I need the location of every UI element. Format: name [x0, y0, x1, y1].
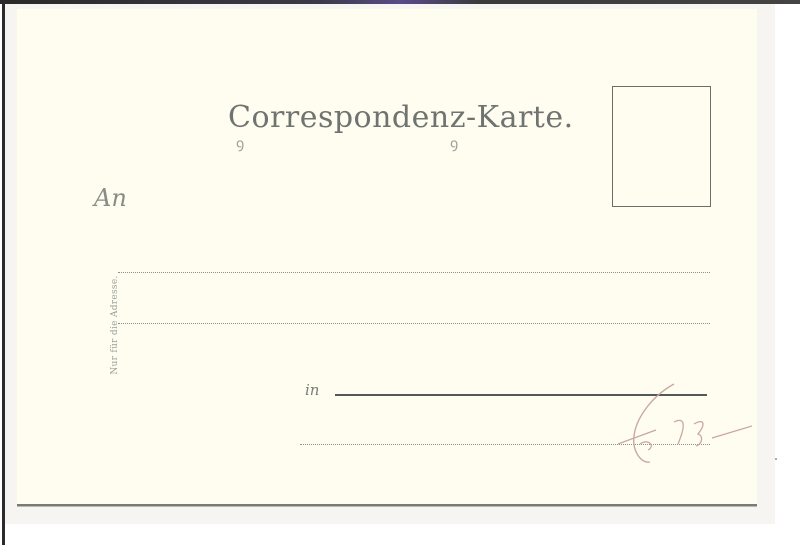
scanner-left-edge: [2, 0, 5, 545]
location-prefix: in: [305, 381, 319, 399]
flourish-ornament-icon: ꝯ: [450, 134, 459, 153]
scanner-top-edge: [0, 0, 800, 4]
stamp-box: [612, 86, 711, 207]
svg-text:K 78-: K 78-: [612, 378, 615, 379]
address-line-2: [118, 323, 710, 324]
address-only-note: Nur für die Adresse.: [110, 265, 120, 385]
postcard-title-text: Correspondenz-Karte.: [228, 100, 574, 135]
postcard-title: Correspondenz-Karte. ꝯ ꝯ: [228, 100, 538, 135]
address-prefix: An: [94, 184, 127, 212]
speck: [775, 458, 777, 460]
pencil-annotation-icon: K 78-: [612, 378, 752, 474]
flourish-ornament-icon: ꝯ: [236, 134, 245, 153]
address-line-1: [118, 272, 710, 273]
